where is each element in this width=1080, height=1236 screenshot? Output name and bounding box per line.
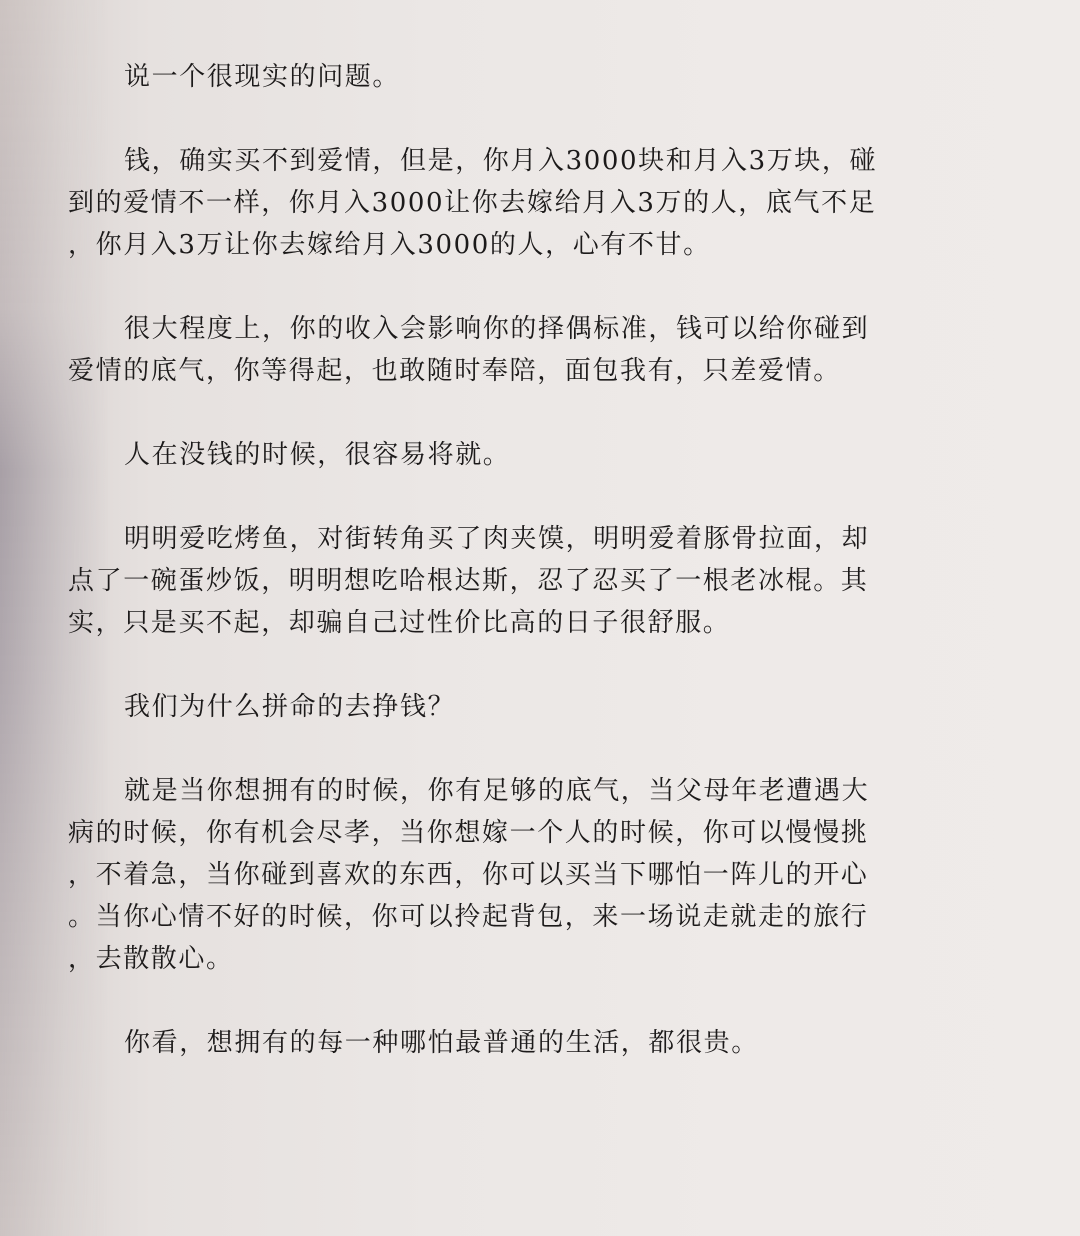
- text-line: ，去散散心。: [68, 938, 910, 980]
- text-line: 到的爱情不一样，你月入3000让你去嫁给月入3万的人，底气不足: [68, 182, 910, 224]
- book-page: 说一个很现实的问题。 钱，确实买不到爱情，但是，你月入3000块和月入3万块，碰…: [68, 56, 910, 1064]
- text-line: 。当你心情不好的时候，你可以拎起背包，来一场说走就走的旅行: [68, 896, 910, 938]
- text-line: 明明爱吃烤鱼，对街转角买了肉夹馍，明明爱着豚骨拉面，却: [68, 518, 910, 560]
- paragraph-4: 人在没钱的时候，很容易将就。: [68, 434, 910, 476]
- text-line: 点了一碗蛋炒饭，明明想吃哈根达斯，忍了忍买了一根老冰棍。其: [68, 560, 910, 602]
- text-line: 我们为什么拼命的去挣钱？: [68, 686, 910, 728]
- text-line: 就是当你想拥有的时候，你有足够的底气，当父母年老遭遇大: [68, 770, 910, 812]
- text-line: 很大程度上，你的收入会影响你的择偶标准，钱可以给你碰到: [68, 308, 910, 350]
- text-line: 病的时候，你有机会尽孝，当你想嫁一个人的时候，你可以慢慢挑: [68, 812, 910, 854]
- paragraph-3: 很大程度上，你的收入会影响你的择偶标准，钱可以给你碰到 爱情的底气，你等得起，也…: [68, 308, 910, 392]
- text-line: 爱情的底气，你等得起，也敢随时奉陪，面包我有，只差爱情。: [68, 350, 910, 392]
- text-line: 实，只是买不起，却骗自己过性价比高的日子很舒服。: [68, 602, 910, 644]
- paragraph-2: 钱，确实买不到爱情，但是，你月入3000块和月入3万块，碰 到的爱情不一样，你月…: [68, 140, 910, 266]
- paragraph-1: 说一个很现实的问题。: [68, 56, 910, 98]
- text-line: 说一个很现实的问题。: [68, 56, 910, 98]
- text-line: 钱，确实买不到爱情，但是，你月入3000块和月入3万块，碰: [68, 140, 910, 182]
- text-line: ，你月入3万让你去嫁给月入3000的人，心有不甘。: [68, 224, 910, 266]
- text-line: ，不着急，当你碰到喜欢的东西，你可以买当下哪怕一阵儿的开心: [68, 854, 910, 896]
- paragraph-5: 明明爱吃烤鱼，对街转角买了肉夹馍，明明爱着豚骨拉面，却 点了一碗蛋炒饭，明明想吃…: [68, 518, 910, 644]
- text-line: 你看，想拥有的每一种哪怕最普通的生活，都很贵。: [68, 1022, 910, 1064]
- paragraph-8: 你看，想拥有的每一种哪怕最普通的生活，都很贵。: [68, 1022, 910, 1064]
- text-line: 人在没钱的时候，很容易将就。: [68, 434, 910, 476]
- paragraph-7: 就是当你想拥有的时候，你有足够的底气，当父母年老遭遇大 病的时候，你有机会尽孝，…: [68, 770, 910, 980]
- paragraph-6: 我们为什么拼命的去挣钱？: [68, 686, 910, 728]
